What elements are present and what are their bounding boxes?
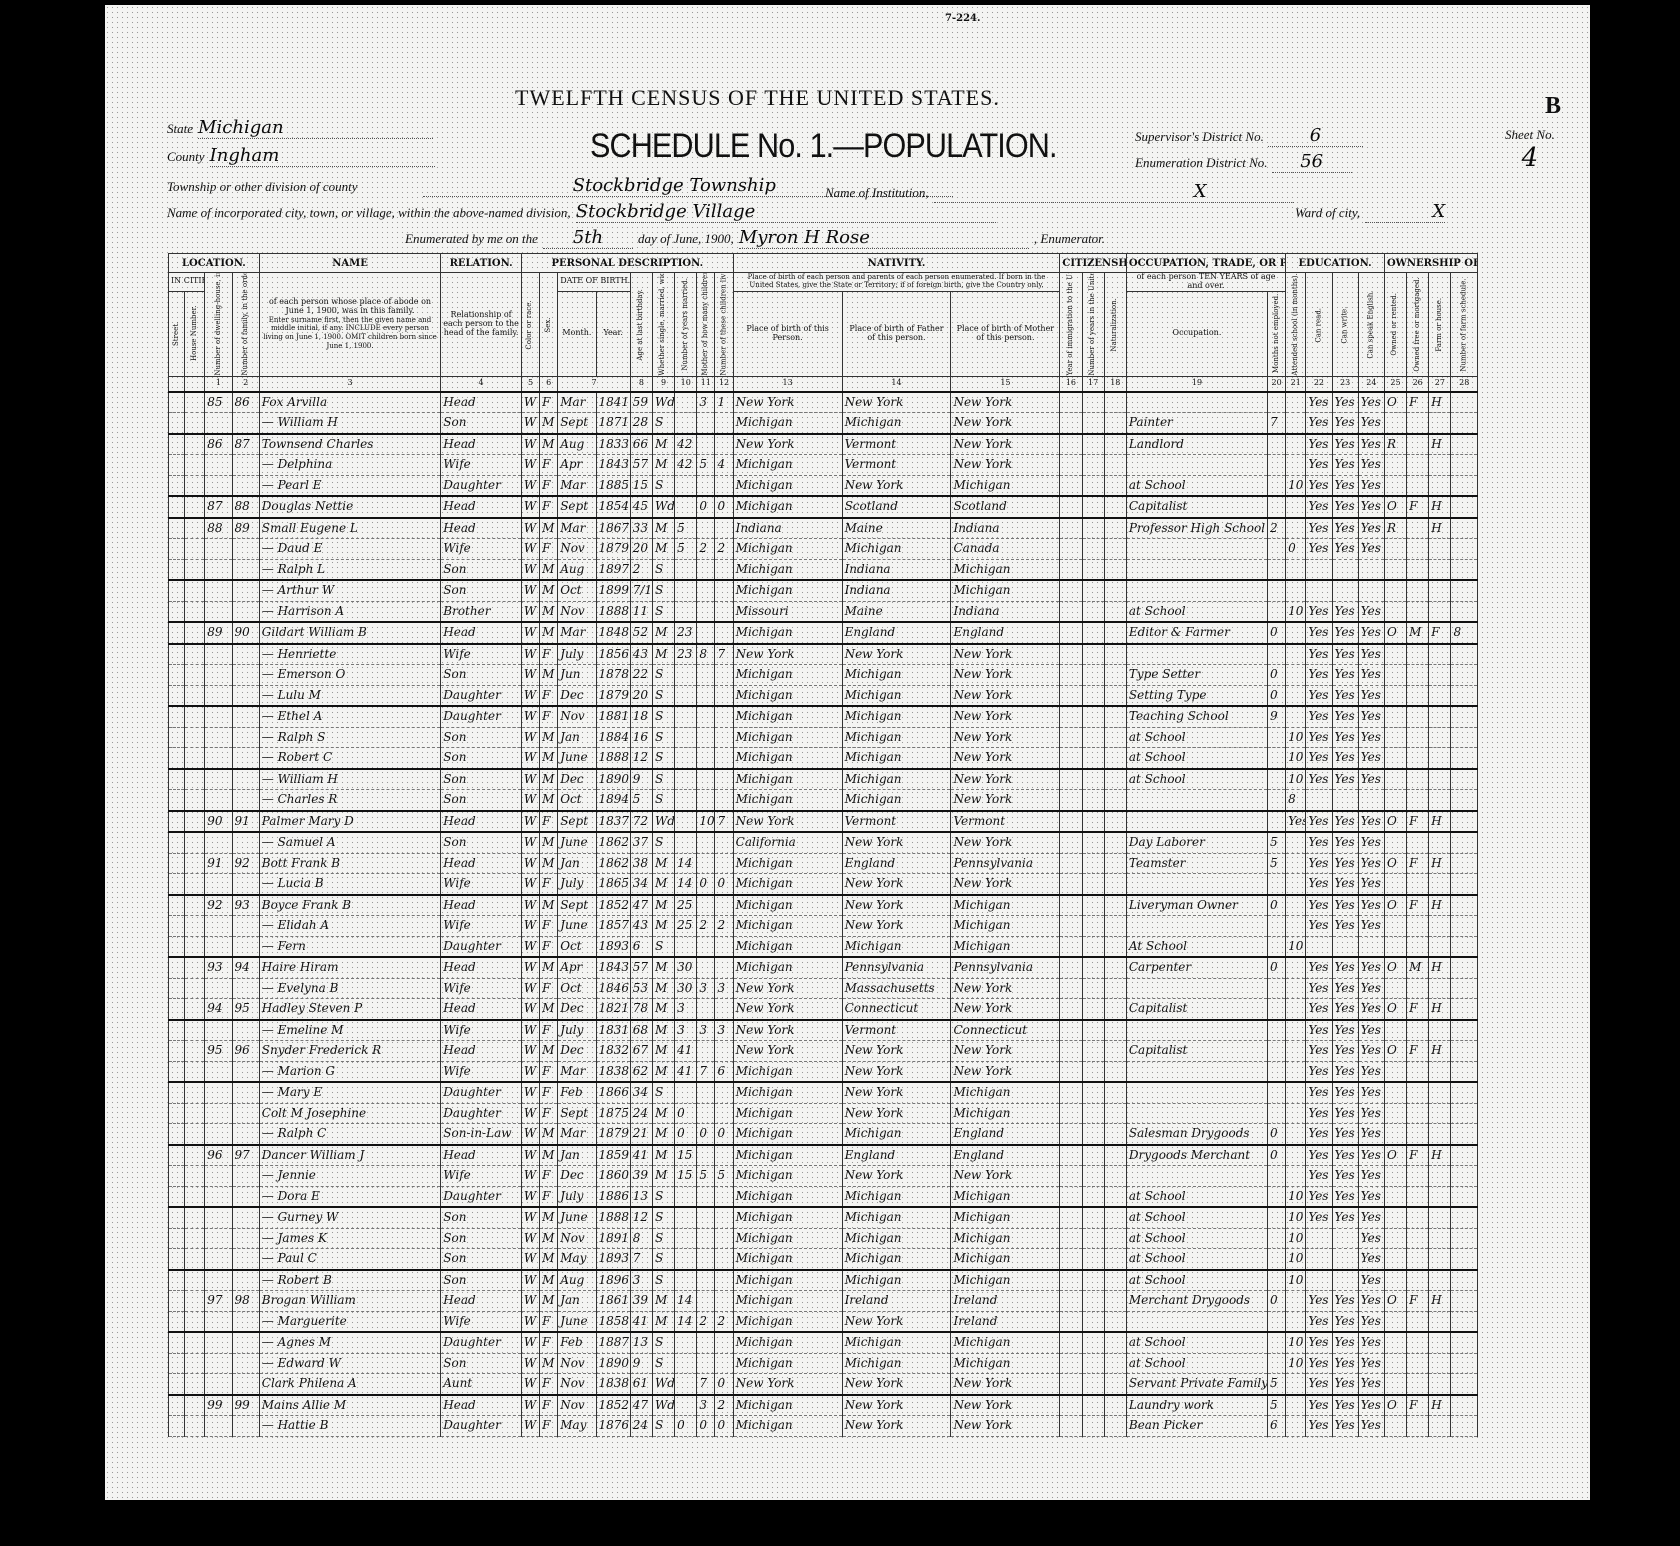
cell-sex: M bbox=[540, 1353, 558, 1374]
cell-write: Yes bbox=[1332, 769, 1358, 790]
cell-father-birth: New York bbox=[842, 874, 951, 895]
cell-sex: F bbox=[540, 1166, 558, 1187]
cell-empty bbox=[185, 1082, 205, 1103]
cell-living bbox=[715, 1082, 733, 1103]
cell-months-unemp bbox=[1268, 1166, 1286, 1187]
cell-english: Yes bbox=[1358, 1041, 1384, 1062]
cell-farm bbox=[1429, 1020, 1451, 1041]
cell-farm bbox=[1429, 1082, 1451, 1103]
cell-occupation bbox=[1126, 1020, 1267, 1041]
cell-empty bbox=[1104, 1291, 1126, 1312]
cell-empty bbox=[169, 706, 185, 727]
cell-empty bbox=[1104, 539, 1126, 560]
cell-birth: Michigan bbox=[733, 1249, 842, 1270]
cell-read: Yes bbox=[1306, 1291, 1332, 1312]
cell-mother-of bbox=[697, 936, 715, 957]
cell-dwelling bbox=[205, 475, 232, 496]
cell-mother-birth: New York bbox=[951, 832, 1060, 853]
cell-living bbox=[715, 580, 733, 601]
cell-write: Yes bbox=[1332, 413, 1358, 434]
cell-dwelling bbox=[205, 1103, 232, 1124]
cell-color: W bbox=[521, 580, 539, 601]
cell-occupation: at School bbox=[1126, 1207, 1267, 1228]
cell-schedule bbox=[1451, 1374, 1478, 1395]
cell-birth: Michigan bbox=[733, 1311, 842, 1332]
cell-relation: Head bbox=[441, 622, 522, 644]
cell-birth: Indiana bbox=[733, 518, 842, 539]
enumerated-label: Enumerated by me on the bbox=[405, 231, 538, 246]
cell-family: 97 bbox=[232, 1145, 259, 1166]
cell-age: 24 bbox=[630, 1103, 652, 1124]
cell-age: 47 bbox=[630, 895, 652, 916]
cell-relation: Son bbox=[441, 665, 522, 686]
cell-age: 39 bbox=[630, 1166, 652, 1187]
cell-empty bbox=[185, 1270, 205, 1291]
cell-living: 3 bbox=[715, 978, 733, 999]
cell-color: W bbox=[521, 539, 539, 560]
cell-empty bbox=[169, 748, 185, 769]
cell-free bbox=[1407, 559, 1429, 580]
cell-months-unemp bbox=[1268, 790, 1286, 811]
cell-schedule bbox=[1451, 580, 1478, 601]
cell-read: Yes bbox=[1306, 727, 1332, 748]
cell-free bbox=[1407, 1124, 1429, 1145]
cell-father-birth: Michigan bbox=[842, 936, 951, 957]
cell-farm bbox=[1429, 1270, 1451, 1291]
cell-father-birth: New York bbox=[842, 644, 951, 665]
cell-birth: Michigan bbox=[733, 853, 842, 874]
cell-mother-of: 0 bbox=[697, 496, 715, 518]
cell-owned bbox=[1384, 1416, 1406, 1437]
col-farm-header: Farm or house. bbox=[1429, 273, 1451, 377]
cell-color: W bbox=[521, 1041, 539, 1062]
cell-month: Jun bbox=[558, 665, 596, 686]
cell-year: 1876 bbox=[596, 1416, 630, 1437]
cell-write bbox=[1332, 1270, 1358, 1291]
cell-write: Yes bbox=[1332, 1374, 1358, 1395]
cell-dwelling bbox=[205, 1207, 232, 1228]
cell-relation: Son bbox=[441, 790, 522, 811]
cell-mother-of: 0 bbox=[697, 1416, 715, 1437]
cell-schedule bbox=[1451, 455, 1478, 476]
cell-year: 1858 bbox=[596, 1311, 630, 1332]
cell-empty bbox=[1082, 1145, 1104, 1166]
cell-empty bbox=[1060, 1395, 1082, 1416]
cell-school bbox=[1286, 1291, 1306, 1312]
cell-empty bbox=[1060, 1332, 1082, 1353]
cell-empty bbox=[169, 999, 185, 1020]
cell-year: 1861 bbox=[596, 1291, 630, 1312]
cell-age: 57 bbox=[630, 455, 652, 476]
cell-month: June bbox=[558, 832, 596, 853]
cell-farm bbox=[1429, 1374, 1451, 1395]
cell-sex: F bbox=[540, 392, 558, 413]
cell-month: Nov bbox=[558, 601, 596, 622]
cell-english bbox=[1358, 580, 1384, 601]
cell-year: 1879 bbox=[596, 685, 630, 706]
cell-empty bbox=[185, 559, 205, 580]
cell-write: Yes bbox=[1332, 1416, 1358, 1437]
cell-father-birth: England bbox=[842, 622, 951, 644]
cell-months-unemp: 9 bbox=[1268, 706, 1286, 727]
cell-empty bbox=[1060, 455, 1082, 476]
cell-empty bbox=[169, 475, 185, 496]
col-family-header: Number of family, in the order of visita… bbox=[232, 273, 259, 377]
cell-family bbox=[232, 1207, 259, 1228]
cell-mother-of: 5 bbox=[697, 455, 715, 476]
cell-english: Yes bbox=[1358, 1166, 1384, 1187]
cell-sex: F bbox=[540, 1103, 558, 1124]
cell-occupation: Professor High School bbox=[1126, 518, 1267, 539]
cell-living bbox=[715, 559, 733, 580]
cell-schedule bbox=[1451, 1103, 1478, 1124]
cell-mother-birth: England bbox=[951, 1145, 1060, 1166]
cell-age: 11 bbox=[630, 601, 652, 622]
cell-occupation bbox=[1126, 559, 1267, 580]
cell-empty bbox=[1060, 1374, 1082, 1395]
cell-age: 68 bbox=[630, 1020, 652, 1041]
cell-age: 6 bbox=[630, 936, 652, 957]
cell-empty bbox=[1082, 811, 1104, 833]
cell-empty bbox=[1060, 434, 1082, 455]
cell-empty bbox=[1082, 580, 1104, 601]
cell-months-unemp bbox=[1268, 748, 1286, 769]
cell-marital: Wd bbox=[652, 392, 674, 413]
cell-marital: S bbox=[652, 665, 674, 686]
cell-english bbox=[1358, 790, 1384, 811]
cell-sex: M bbox=[540, 769, 558, 790]
cell-free bbox=[1407, 518, 1429, 539]
cell-mother-birth: New York bbox=[951, 644, 1060, 665]
col-schedule-header: Number of farm schedule. bbox=[1451, 273, 1478, 377]
cell-empty bbox=[1060, 853, 1082, 874]
cell-name: — Robert B bbox=[259, 1270, 441, 1291]
cell-free bbox=[1407, 1082, 1429, 1103]
cell-month: Feb bbox=[558, 1082, 596, 1103]
cell-relation: Son bbox=[441, 832, 522, 853]
cell-dwelling bbox=[205, 601, 232, 622]
cell-year: 1881 bbox=[596, 706, 630, 727]
cell-mother-of bbox=[697, 727, 715, 748]
cell-free: M bbox=[1407, 622, 1429, 644]
cell-school bbox=[1286, 1311, 1306, 1332]
cell-free bbox=[1407, 685, 1429, 706]
cell-months-unemp bbox=[1268, 644, 1286, 665]
cell-mother-of: 7 bbox=[697, 1061, 715, 1082]
cell-empty bbox=[1082, 1061, 1104, 1082]
cell-read: Yes bbox=[1306, 916, 1332, 937]
cell-name: Small Eugene L bbox=[259, 518, 441, 539]
cell-yrs-married: 3 bbox=[675, 1020, 697, 1041]
cell-occupation: Bean Picker bbox=[1126, 1416, 1267, 1437]
cell-school bbox=[1286, 1374, 1306, 1395]
cell-empty bbox=[1060, 748, 1082, 769]
cell-empty bbox=[1104, 1041, 1126, 1062]
cell-free: F bbox=[1407, 1395, 1429, 1416]
cell-english: Yes bbox=[1358, 1082, 1384, 1103]
cell-mother-birth: Michigan bbox=[951, 559, 1060, 580]
cell-marital: S bbox=[652, 1228, 674, 1249]
cell-english: Yes bbox=[1358, 727, 1384, 748]
cell-month: Mar bbox=[558, 475, 596, 496]
cell-farm: H bbox=[1429, 1041, 1451, 1062]
cell-dwelling: 86 bbox=[205, 434, 232, 455]
cell-empty bbox=[1060, 1291, 1082, 1312]
cell-empty bbox=[1104, 957, 1126, 978]
cell-color: W bbox=[521, 559, 539, 580]
cell-school: 10 bbox=[1286, 1186, 1306, 1207]
cell-farm bbox=[1429, 706, 1451, 727]
cell-empty bbox=[169, 434, 185, 455]
enumerated-month-label: day of June, 1900, bbox=[638, 231, 734, 246]
cell-father-birth: Michigan bbox=[842, 748, 951, 769]
cell-marital: M bbox=[652, 895, 674, 916]
cell-sex: M bbox=[540, 999, 558, 1020]
cell-age: 34 bbox=[630, 1082, 652, 1103]
cell-name: — Hattie B bbox=[259, 1416, 441, 1437]
cell-mother-birth: Connecticut bbox=[951, 1020, 1060, 1041]
cell-owned bbox=[1384, 1270, 1406, 1291]
form-number: 7-224. bbox=[945, 13, 980, 24]
cell-farm bbox=[1429, 475, 1451, 496]
cell-empty bbox=[169, 580, 185, 601]
cell-occupation: Drygoods Merchant bbox=[1126, 1145, 1267, 1166]
cell-free bbox=[1407, 874, 1429, 895]
cell-family: 87 bbox=[232, 434, 259, 455]
cell-free: F bbox=[1407, 1291, 1429, 1312]
cell-read: Yes bbox=[1306, 1416, 1332, 1437]
cell-yrs-married bbox=[675, 601, 697, 622]
cell-color: W bbox=[521, 1332, 539, 1353]
cell-birth: Michigan bbox=[733, 685, 842, 706]
cell-father-birth: Vermont bbox=[842, 811, 951, 833]
cell-occupation bbox=[1126, 790, 1267, 811]
cell-color: W bbox=[521, 475, 539, 496]
cell-living bbox=[715, 1145, 733, 1166]
cell-mother-birth: Pennsylvania bbox=[951, 853, 1060, 874]
institution-field: Name of Institution, X bbox=[825, 181, 1294, 203]
cell-empty bbox=[169, 1332, 185, 1353]
cell-owned: O bbox=[1384, 392, 1406, 413]
cell-color: W bbox=[521, 455, 539, 476]
cell-empty bbox=[1082, 475, 1104, 496]
cell-english: Yes bbox=[1358, 434, 1384, 455]
cell-living bbox=[715, 1228, 733, 1249]
cell-age: 62 bbox=[630, 1061, 652, 1082]
col-marital-header: Whether single, married, widowed, or div… bbox=[652, 273, 674, 377]
cell-free bbox=[1407, 665, 1429, 686]
cell-farm: H bbox=[1429, 999, 1451, 1020]
cell-sex: M bbox=[540, 748, 558, 769]
cell-farm: H bbox=[1429, 1291, 1451, 1312]
cell-marital: S bbox=[652, 1332, 674, 1353]
table-row: 9697Dancer William JHeadWMJan185941M15Mi… bbox=[169, 1145, 1478, 1166]
cell-read: Yes bbox=[1306, 706, 1332, 727]
cell-empty bbox=[1104, 1124, 1126, 1145]
cell-months-unemp bbox=[1268, 1041, 1286, 1062]
cell-empty bbox=[1082, 916, 1104, 937]
cell-family bbox=[232, 874, 259, 895]
cell-write: Yes bbox=[1332, 1020, 1358, 1041]
cell-name: Mains Allie M bbox=[259, 1395, 441, 1416]
cell-sex: F bbox=[540, 1395, 558, 1416]
table-row: 9596Snyder Frederick RHeadWMDec183267M41… bbox=[169, 1041, 1478, 1062]
cell-year: 1888 bbox=[596, 1207, 630, 1228]
cell-english: Yes bbox=[1358, 455, 1384, 476]
cell-empty bbox=[169, 916, 185, 937]
cell-empty bbox=[1060, 644, 1082, 665]
cell-empty bbox=[1060, 1270, 1082, 1291]
institution-label: Name of Institution, bbox=[825, 185, 929, 200]
cell-empty bbox=[1104, 518, 1126, 539]
cell-mother-of bbox=[697, 475, 715, 496]
ward-field: Ward of city, X bbox=[1295, 201, 1445, 223]
cell-mother-birth: Ireland bbox=[951, 1311, 1060, 1332]
cell-empty bbox=[1082, 559, 1104, 580]
cell-empty bbox=[185, 413, 205, 434]
cell-marital: Wd bbox=[652, 1374, 674, 1395]
cell-empty bbox=[169, 496, 185, 518]
cell-name: — Ralph C bbox=[259, 1124, 441, 1145]
cell-write: Yes bbox=[1332, 1332, 1358, 1353]
cell-empty bbox=[1060, 1082, 1082, 1103]
cell-farm bbox=[1429, 916, 1451, 937]
cell-english: Yes bbox=[1358, 1228, 1384, 1249]
cell-empty bbox=[1104, 811, 1126, 833]
cell-months-unemp: 5 bbox=[1268, 853, 1286, 874]
cell-sex: M bbox=[540, 601, 558, 622]
col-english-header: Can speak English. bbox=[1358, 273, 1384, 377]
cell-mother-birth: Canada bbox=[951, 539, 1060, 560]
cell-occupation: Teamster bbox=[1126, 853, 1267, 874]
cell-write: Yes bbox=[1332, 1291, 1358, 1312]
cell-free bbox=[1407, 644, 1429, 665]
cell-english bbox=[1358, 936, 1384, 957]
cell-family bbox=[232, 1228, 259, 1249]
cell-father-birth: New York bbox=[842, 1374, 951, 1395]
cell-empty bbox=[185, 832, 205, 853]
cell-empty bbox=[1060, 811, 1082, 833]
table-row: — Charles RSonWMOct18945SMichiganMichiga… bbox=[169, 790, 1478, 811]
cell-farm bbox=[1429, 559, 1451, 580]
cell-months-unemp bbox=[1268, 1311, 1286, 1332]
cell-marital: S bbox=[652, 601, 674, 622]
cell-father-birth: Michigan bbox=[842, 769, 951, 790]
cell-free bbox=[1407, 978, 1429, 999]
cell-schedule bbox=[1451, 539, 1478, 560]
cell-read: Yes bbox=[1306, 748, 1332, 769]
cell-empty bbox=[185, 1207, 205, 1228]
cell-year: 1897 bbox=[596, 559, 630, 580]
cell-relation: Son bbox=[441, 1270, 522, 1291]
cell-family: 91 bbox=[232, 811, 259, 833]
cell-mother-birth: New York bbox=[951, 978, 1060, 999]
cell-english: Yes bbox=[1358, 644, 1384, 665]
cell-mother-birth: Michigan bbox=[951, 1353, 1060, 1374]
sheet-label: Sheet No. bbox=[1505, 127, 1555, 143]
cell-sex: F bbox=[540, 811, 558, 833]
col-free-header: Owned free or mortgaged. bbox=[1407, 273, 1429, 377]
cell-empty bbox=[1082, 957, 1104, 978]
cell-read: Yes bbox=[1306, 685, 1332, 706]
cell-empty bbox=[185, 1124, 205, 1145]
relation-description: Relationship of each person to the head … bbox=[441, 273, 522, 377]
cell-month: Nov bbox=[558, 706, 596, 727]
cell-marital: M bbox=[652, 1041, 674, 1062]
cell-empty bbox=[1082, 748, 1104, 769]
cell-schedule bbox=[1451, 1416, 1478, 1437]
cell-mother-of: 2 bbox=[697, 539, 715, 560]
cell-dwelling: 95 bbox=[205, 1041, 232, 1062]
cell-empty bbox=[169, 1270, 185, 1291]
cell-dwelling: 93 bbox=[205, 957, 232, 978]
cell-free bbox=[1407, 1332, 1429, 1353]
cell-name: — Lucia B bbox=[259, 874, 441, 895]
cell-read: Yes bbox=[1306, 644, 1332, 665]
table-row: — Arthur WSonWMOct18997/12SMichiganIndia… bbox=[169, 580, 1478, 601]
cell-school bbox=[1286, 1145, 1306, 1166]
cell-mother-birth: New York bbox=[951, 769, 1060, 790]
cell-months-unemp bbox=[1268, 1103, 1286, 1124]
cell-age: 9 bbox=[630, 1353, 652, 1374]
cell-schedule bbox=[1451, 1228, 1478, 1249]
cell-yrs-married: 14 bbox=[675, 874, 697, 895]
cell-free bbox=[1407, 769, 1429, 790]
cell-yrs-married: 25 bbox=[675, 895, 697, 916]
cell-empty bbox=[1082, 622, 1104, 644]
cell-owned bbox=[1384, 580, 1406, 601]
cell-empty bbox=[1104, 936, 1126, 957]
cell-empty bbox=[169, 1145, 185, 1166]
cell-schedule bbox=[1451, 1395, 1478, 1416]
cell-family bbox=[232, 685, 259, 706]
col-street-header: Street. bbox=[169, 291, 185, 376]
cell-english: Yes bbox=[1358, 832, 1384, 853]
cell-write: Yes bbox=[1332, 978, 1358, 999]
cell-year: 1866 bbox=[596, 1082, 630, 1103]
cell-year: 1857 bbox=[596, 916, 630, 937]
cell-english: Yes bbox=[1358, 1207, 1384, 1228]
cell-dwelling bbox=[205, 413, 232, 434]
cell-months-unemp bbox=[1268, 392, 1286, 413]
cell-family bbox=[232, 1061, 259, 1082]
cell-empty bbox=[1104, 1332, 1126, 1353]
cell-father-birth: New York bbox=[842, 1166, 951, 1187]
cell-family bbox=[232, 1020, 259, 1041]
cell-color: W bbox=[521, 895, 539, 916]
cell-dwelling bbox=[205, 1249, 232, 1270]
cell-dwelling bbox=[205, 644, 232, 665]
cell-age: 18 bbox=[630, 706, 652, 727]
cell-free bbox=[1407, 1166, 1429, 1187]
cell-empty bbox=[169, 539, 185, 560]
cell-name: Townsend Charles bbox=[259, 434, 441, 455]
cell-relation: Head bbox=[441, 1145, 522, 1166]
cell-months-unemp bbox=[1268, 999, 1286, 1020]
cell-father-birth: Michigan bbox=[842, 1207, 951, 1228]
cell-month: Mar bbox=[558, 392, 596, 413]
cell-living bbox=[715, 1353, 733, 1374]
cell-schedule bbox=[1451, 685, 1478, 706]
cell-mother-birth: New York bbox=[951, 1061, 1060, 1082]
cell-color: W bbox=[521, 853, 539, 874]
cell-birth: Michigan bbox=[733, 1416, 842, 1437]
col-write-header: Can write. bbox=[1332, 273, 1358, 377]
cell-year: 1821 bbox=[596, 999, 630, 1020]
cell-write bbox=[1332, 1249, 1358, 1270]
cell-mother-of bbox=[697, 685, 715, 706]
cell-english: Yes bbox=[1358, 1124, 1384, 1145]
